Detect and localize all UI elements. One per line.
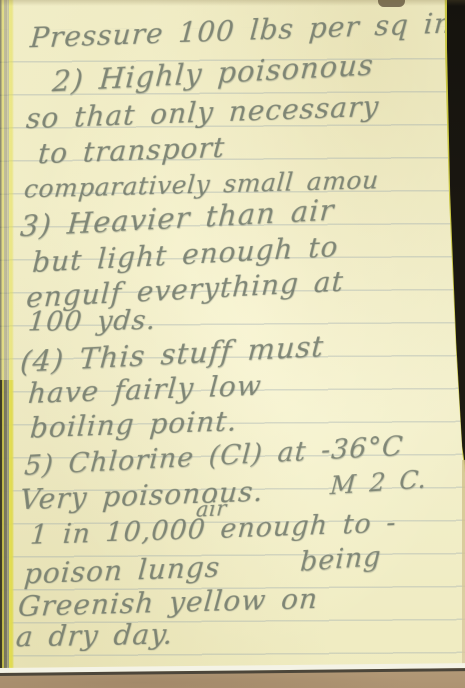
handwritten-annotation: M 2 C. [329,465,427,501]
handwritten-line: Pressure 100 lbs per sq in [29,7,454,55]
handwritten-line: boiling point. [29,404,239,444]
dark-background-corner [445,0,465,475]
handwritten-line: a dry day. [15,618,175,654]
handwritten-insertion: air [195,496,227,522]
top-edge-shading [0,0,465,6]
left-binding-edge-lower [0,380,14,680]
handwritten-line: 100 yds. [27,305,158,338]
handwritten-line: to transport [37,131,226,171]
notebook-page-photo: Pressure 100 lbs per sq in 2) Highly poi… [0,0,465,688]
handwritten-word: being [299,541,382,578]
